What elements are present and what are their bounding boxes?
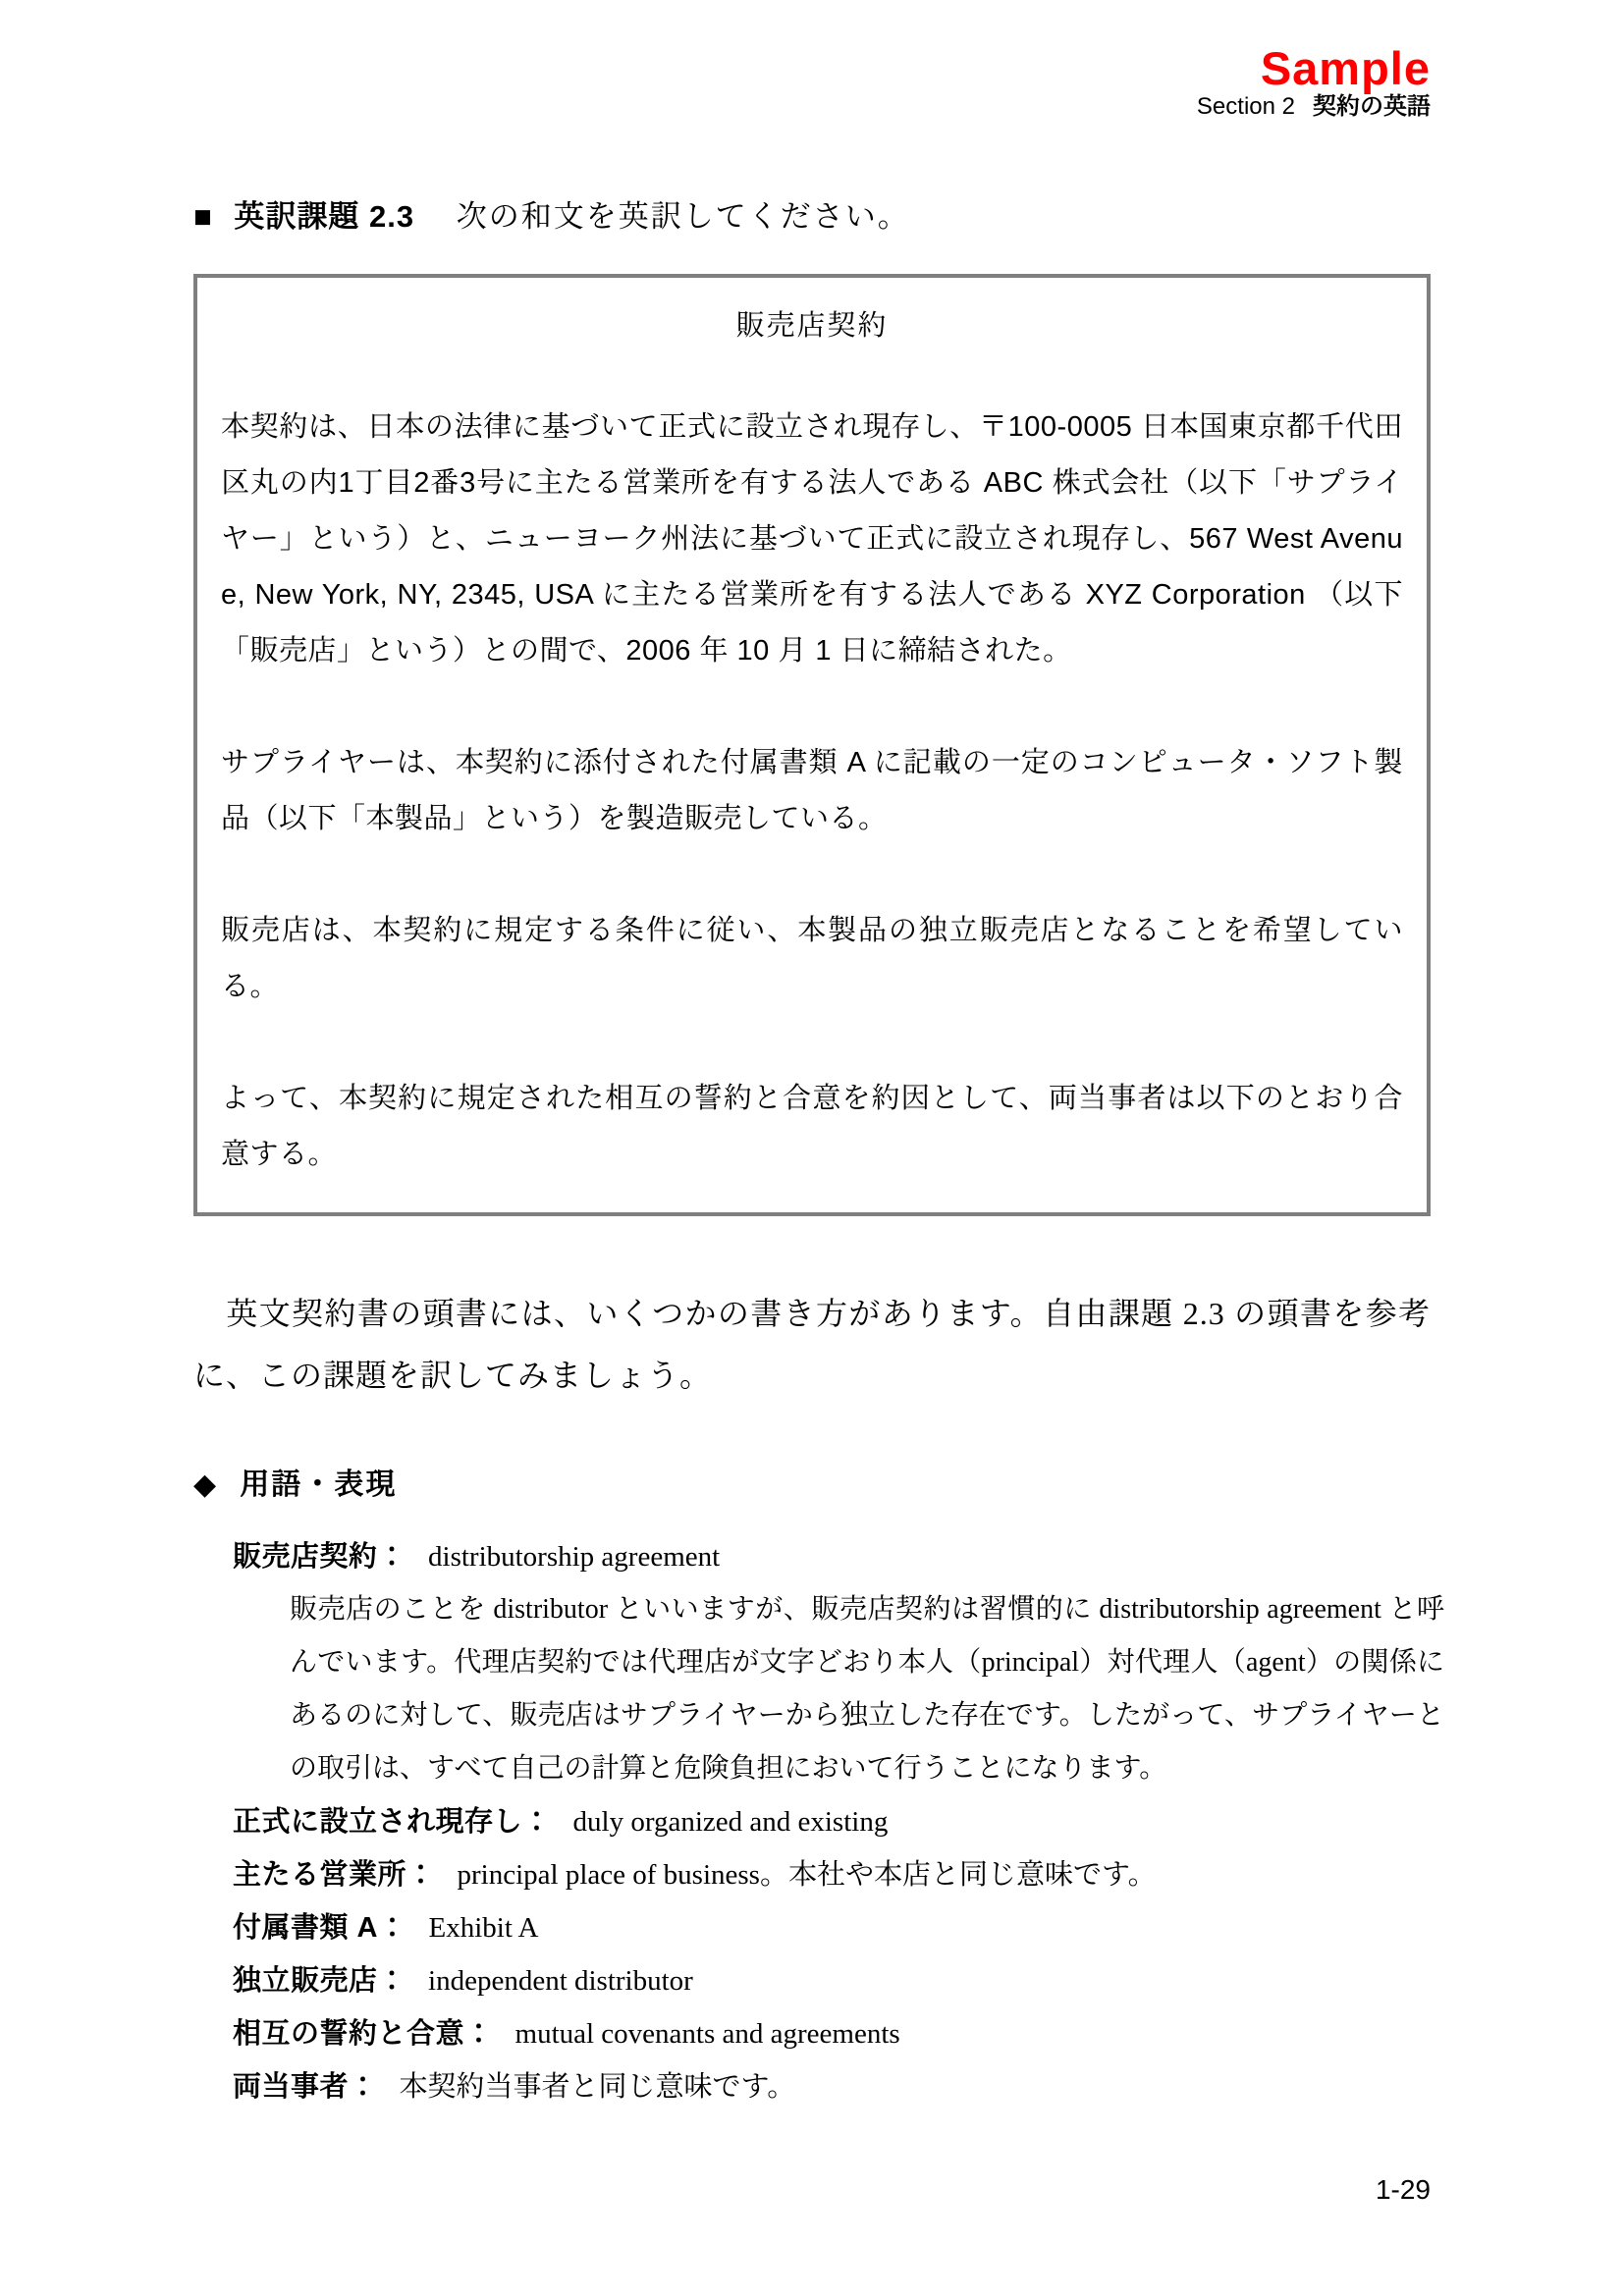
term-item-independent-distributor: 独立販売店：independent distributor [233, 1954, 1431, 2007]
term-label: 独立販売店： [233, 1965, 406, 1997]
term-definition: principal place of business。本社や本店と同じ意味です… [458, 1859, 1157, 1891]
term-definition: independent distributor [428, 1965, 693, 1997]
term-line: 相互の誓約と合意：mutual covenants and agreements [233, 2007, 1431, 2060]
term-line: 主たる営業所：principal place of business。本社や本店… [233, 1848, 1431, 1901]
term-definition: duly organized and existing [573, 1806, 889, 1838]
section-title: 契約の英語 [1313, 93, 1431, 120]
task-title: 英訳課題 2.3 [234, 199, 414, 234]
contract-box: 販売店契約 本契約は、日本の法律に基づいて正式に設立され現存し、〒100-000… [193, 274, 1431, 1216]
term-item-exhibit-a: 付属書類 A：Exhibit A [233, 1901, 1431, 1954]
sample-watermark: Sample [193, 45, 1431, 91]
term-definition: distributorship agreement [428, 1541, 720, 1573]
task-instruction: 次の和文を英訳してください。 [457, 199, 910, 234]
terms-title: 用語・表現 [240, 1468, 397, 1501]
contract-paragraph-2: サプライヤーは、本契約に添付された付属書類 A に記載の一定のコンピュータ・ソフ… [221, 735, 1403, 847]
page-header: Sample Section 2契約の英語 [193, 45, 1431, 120]
term-definition: 本契約当事者と同じ意味です。 [400, 2071, 796, 2103]
page-footer: 1-29 [1376, 2174, 1431, 2206]
term-item-both-parties: 両当事者：本契約当事者と同じ意味です。 [233, 2060, 1431, 2113]
term-item-mutual-covenants: 相互の誓約と合意：mutual covenants and agreements [233, 2007, 1431, 2060]
term-note: 販売店のことを distributor といいますが、販売店契約は習慣的に di… [290, 1583, 1444, 1795]
diamond-bullet-icon: ◆ [193, 1468, 216, 1501]
term-label: 正式に設立され現存し： [233, 1806, 552, 1838]
term-label: 相互の誓約と合意： [233, 2018, 494, 2050]
term-definition: Exhibit A [429, 1912, 539, 1944]
commentary-paragraph: 英文契約書の頭書には、いくつかの書き方があります。自由課題 2.3 の頭書を参考… [193, 1283, 1431, 1407]
terms-list: 販売店契約：distributorship agreement 販売店のことを … [233, 1530, 1431, 2113]
contract-paragraph-4: よって、本契約に規定された相互の誓約と合意を約因として、両当事者は以下のとおり合… [221, 1071, 1403, 1183]
document-page: Sample Section 2契約の英語 ■ 英訳課題 2.3 次の和文を英訳… [0, 0, 1624, 2296]
term-line: 付属書類 A：Exhibit A [233, 1901, 1431, 1954]
section-label: Section 2 [1197, 93, 1295, 120]
term-item-duly-organized: 正式に設立され現存し：duly organized and existing [233, 1795, 1431, 1848]
term-item-distributorship-agreement: 販売店契約：distributorship agreement 販売店のことを … [233, 1530, 1431, 1795]
term-item-principal-place-of-business: 主たる営業所：principal place of business。本社や本店… [233, 1848, 1431, 1901]
terms-heading: ◆ 用語・表現 [193, 1468, 1431, 1503]
contract-paragraph-3: 販売店は、本契約に規定する条件に従い、本製品の独立販売店となることを希望している… [221, 903, 1403, 1015]
term-line: 販売店契約：distributorship agreement [233, 1530, 1431, 1583]
term-line: 両当事者：本契約当事者と同じ意味です。 [233, 2060, 1431, 2113]
term-label: 販売店契約： [233, 1541, 406, 1573]
term-definition: mutual covenants and agreements [515, 2018, 900, 2050]
term-line: 正式に設立され現存し：duly organized and existing [233, 1795, 1431, 1848]
term-label: 両当事者： [233, 2071, 378, 2103]
term-label: 主たる営業所： [233, 1859, 436, 1891]
square-bullet-icon: ■ [193, 199, 212, 234]
term-label: 付属書類 A： [233, 1912, 407, 1944]
page-number: 1-29 [1376, 2174, 1431, 2205]
section-header: Section 2契約の英語 [193, 94, 1431, 120]
task-heading: ■ 英訳課題 2.3 次の和文を英訳してください。 [193, 198, 1431, 237]
contract-title: 販売店契約 [221, 303, 1403, 344]
term-line: 独立販売店：independent distributor [233, 1954, 1431, 2007]
contract-paragraph-1: 本契約は、日本の法律に基づいて正式に設立され現存し、〒100-0005 日本国東… [221, 400, 1403, 679]
